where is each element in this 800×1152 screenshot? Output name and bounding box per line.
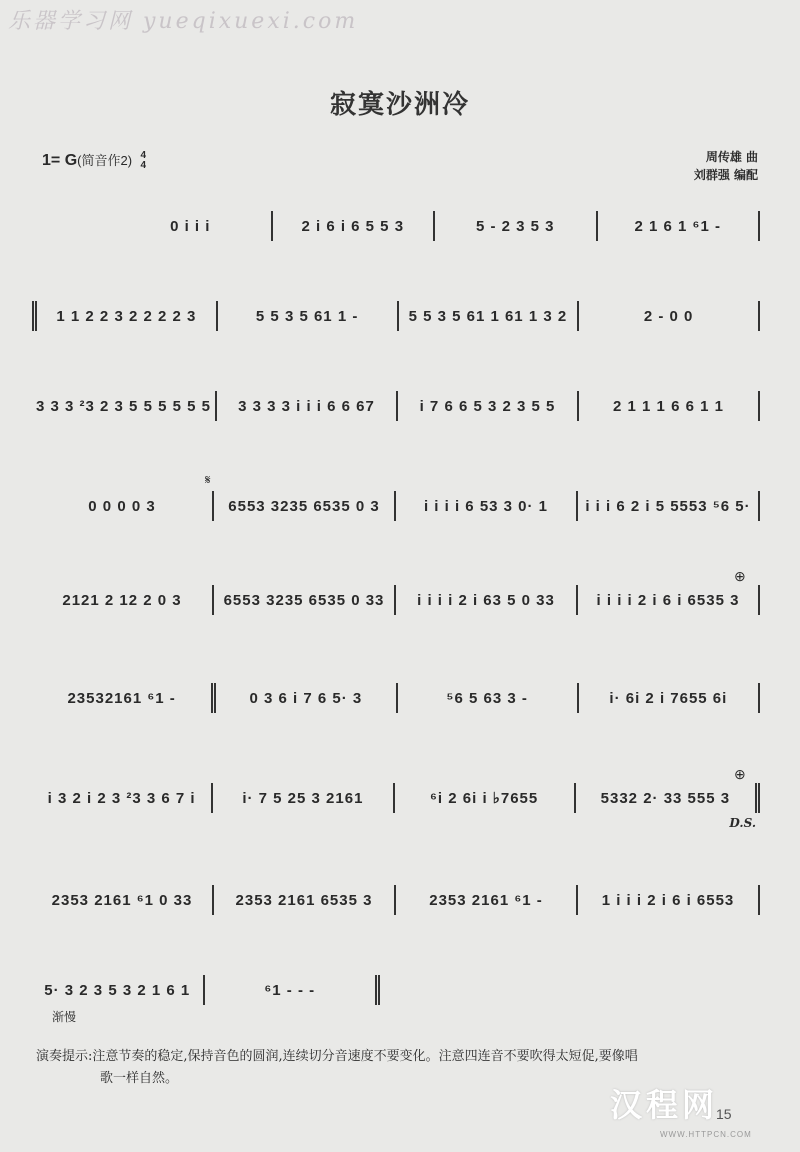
tempo-marking: 渐慢 <box>52 1008 76 1025</box>
measure: i i i i 2 i 63 5 0 33 <box>396 585 578 615</box>
measure: 2353 2161 6535 3 <box>214 885 396 915</box>
measure: i i i i 2 i 6 i 6535 3 <box>578 585 760 615</box>
measure: 3 3 3 3 i i i 6 6 67 <box>217 391 398 421</box>
score-line-2: 1 1 2 2 3 2 2 2 2 3 5 5 3 5 61 1 - 5 5 3… <box>32 296 760 336</box>
score-line-6: 23532161 ⁶1 - 0 3 6 i 7 6 5· 3 ⁵6 5 63 3… <box>32 678 760 718</box>
measure: i 7 6 6 5 3 2 3 5 5 <box>398 391 579 421</box>
measure: 2353 2161 ⁶1 0 33 <box>32 885 214 915</box>
tips-line-1: 注意节奏的稳定,保持音色的圆润,连续切分音速度不要变化。注意四连音不要吹得太短促… <box>92 1049 637 1064</box>
measure: 2 1 6 1 ⁶1 - <box>598 211 761 241</box>
measure: i 3 2 i 2 3 ²3 3 6 7 i <box>32 783 213 813</box>
measure: 2353 2161 ⁶1 - <box>396 885 578 915</box>
logo-url: WWW.HTTPCN.COM <box>660 1130 752 1139</box>
measure: 0 0 0 0 3 <box>32 491 214 521</box>
score-line-5: 2121 2 12 2 0 3 6553 3235 6535 0 33 i i … <box>32 580 760 620</box>
score-line-7: i 3 2 i 2 3 ²3 3 6 7 i i· 7 5 25 3 2161 … <box>32 778 760 818</box>
measure: 5332 2· 33 555 3 <box>576 783 760 813</box>
time-signature: 44 <box>140 151 146 171</box>
measure: 0 i i i <box>110 211 273 241</box>
measure: 5 - 2 3 5 3 <box>435 211 598 241</box>
song-title: 寂寞沙洲冷 <box>0 84 800 121</box>
ds-marking: D.S. <box>729 816 756 830</box>
measure: 1 1 2 2 3 2 2 2 2 3 <box>32 301 218 331</box>
page-number: 15 <box>716 1106 732 1122</box>
measure: 1 i i i 2 i 6 i 6553 <box>578 885 760 915</box>
measure: i i i i 6 53 3 0· 1 <box>396 491 578 521</box>
measure: 2 1 1 1 6 6 1 1 <box>579 391 760 421</box>
measure: 2 - 0 0 <box>579 301 760 331</box>
measure: i· 6i 2 i 7655 6i <box>579 683 760 713</box>
measure: 6553 3235 6535 0 33 <box>214 585 396 615</box>
measure: 3 3 3 ²3 2 3 5 5 5 5 5 5 <box>32 391 217 421</box>
score-line-4: 0 0 0 0 3 6553 3235 6535 0 3 i i i i 6 5… <box>32 486 760 526</box>
score-line-9: 5· 3 2 3 5 3 2 1 6 1 ⁶1 - - - <box>32 970 380 1010</box>
measure: ⁶1 - - - <box>205 975 381 1005</box>
measure: 23532161 ⁶1 - <box>32 683 216 713</box>
credits: 周传雄 曲 刘群强 编配 <box>694 148 758 184</box>
key-paren: (简音作2) <box>77 153 132 168</box>
measure: 5· 3 2 3 5 3 2 1 6 1 <box>32 975 205 1005</box>
key-main: 1= G <box>42 152 77 169</box>
measure: 2 i 6 i 6 5 5 3 <box>273 211 436 241</box>
site-watermark: 乐器学习网 yueqixuexi.com <box>8 4 358 35</box>
score-line-3: 3 3 3 ²3 2 3 5 5 5 5 5 5 3 3 3 3 i i i 6… <box>32 386 760 426</box>
score-line-8: 2353 2161 ⁶1 0 33 2353 2161 6535 3 2353 … <box>32 880 760 920</box>
measure: i· 7 5 25 3 2161 <box>213 783 394 813</box>
measure: i i i 6 2 i 5 5553 ⁵6 5· <box>578 491 760 521</box>
measure: 6553 3235 6535 0 3 <box>214 491 396 521</box>
measure: 0 3 6 i 7 6 5· 3 <box>216 683 397 713</box>
tips-label: 演奏提示: <box>36 1049 92 1064</box>
measure: 5 5 3 5 61 1 - <box>218 301 399 331</box>
measure: 2121 2 12 2 0 3 <box>32 585 214 615</box>
composer: 周传雄 曲 <box>694 148 758 166</box>
score-line-1: 0 i i i 2 i 6 i 6 5 5 3 5 - 2 3 5 3 2 1 … <box>110 206 760 246</box>
key-signature: 1= G(简音作2) 44 <box>42 150 146 171</box>
measure: ⁵6 5 63 3 - <box>398 683 579 713</box>
arranger: 刘群强 编配 <box>694 166 758 184</box>
measure: 5 5 3 5 61 1 61 1 3 2 <box>399 301 580 331</box>
measure: ⁶i 2 6i i ♭7655 <box>395 783 576 813</box>
